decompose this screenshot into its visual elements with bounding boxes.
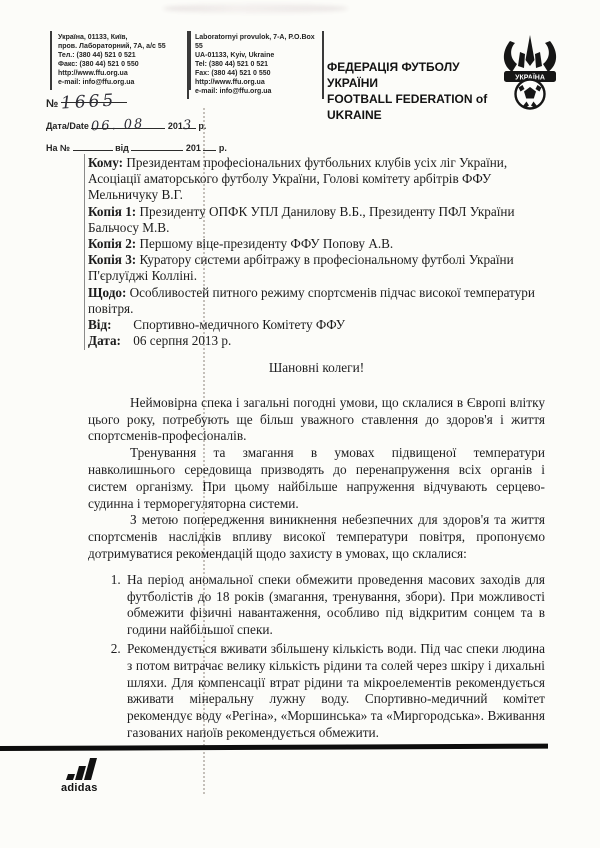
meta-label: Від: [88, 317, 130, 333]
year-suffix: р. [198, 121, 206, 131]
year-blank-line: 3 [183, 118, 196, 129]
list-item: Рекомендується вживати збільшену кількіс… [124, 641, 545, 742]
meta-text: Спортивно-медичного Комітету ФФУ [133, 317, 345, 332]
meta-label: Щодо: [88, 285, 126, 300]
paragraph-2: Тренування та змагання в умовах підвищен… [88, 445, 545, 512]
meta-label: Дата: [88, 333, 130, 349]
scan-edge-bar [0, 744, 548, 751]
meta-row-copy2: Копія 2: Першому віце-президенту ФФУ Поп… [88, 236, 546, 252]
meta-text: Президенту ОПФК УПЛ Данилову В.Б., Прези… [88, 204, 515, 235]
meta-row-copy3: Копія 3: Куратору системи арбітражу в пр… [88, 252, 546, 284]
organization-title-english: FOOTBALL FEDERATION of UKRAINE [327, 91, 513, 123]
meta-row-date: Дата: 06 серпня 2013 р. [88, 333, 546, 349]
meta-label: Копія 3: [88, 252, 136, 267]
reply-date-blank [131, 140, 183, 151]
scanned-letter-page: Україна, 01133, Київ, пров. Лабораторний… [0, 0, 600, 848]
reply-label: На № [46, 143, 70, 153]
recommendations-list: На період аномальної спеки обмежити пров… [88, 572, 545, 742]
document-date-row: Дата/Date 06. 08 2013 р. [46, 118, 227, 131]
organization-title: ФЕДЕРАЦІЯ ФУТБОЛУ УКРАЇНИ FOOTBALL FEDER… [327, 59, 513, 123]
meta-label: Копія 1: [88, 204, 136, 219]
reply-year-suffix: р. [219, 143, 227, 153]
handwritten-date: 06. 08 [91, 117, 145, 135]
salutation: Шановні колеги! [88, 360, 545, 377]
paragraph-1: Неймовірна спека і загальні погодні умов… [88, 395, 545, 445]
meta-text: Куратору системи арбітражу в професіонал… [88, 252, 514, 283]
addressee-block: Кому: Президентам професіональних футбол… [88, 155, 546, 349]
scan-smudge [163, 4, 348, 13]
list-item: На період аномальної спеки обмежити пров… [124, 572, 545, 639]
letter-body: Шановні колеги! Неймовірна спека і загал… [88, 352, 545, 744]
ffu-crest-icon: УКРАЇНА [499, 35, 561, 111]
reference-block: № 1665 Дата/Date 06. 08 2013 р. На № від… [46, 92, 227, 153]
letterhead-address-english: Laboratornyi provulok, 7-A, P.O.Box 55 U… [187, 31, 324, 99]
meta-row-copy1: Копія 1: Президенту ОПФК УПЛ Данилову В.… [88, 204, 546, 236]
meta-text: Особливостей питного режиму спортсменів … [88, 285, 535, 316]
reply-from-label: від [115, 143, 129, 153]
reply-year-blank [203, 140, 216, 151]
handwritten-year-digit: 3 [183, 118, 192, 133]
reply-year-prefix: 201 [186, 143, 201, 153]
document-number-row: № 1665 [46, 92, 227, 110]
meta-text: Першому віце-президенту ФФУ Попову А.В. [139, 236, 393, 251]
meta-text: Президентам професіональних футбольних к… [88, 155, 507, 202]
meta-row-subject: Щодо: Особливостей питного режиму спортс… [88, 285, 546, 317]
meta-label: Кому: [88, 155, 123, 170]
meta-text: 06 серпня 2013 р. [133, 333, 231, 348]
ffu-crest-logo: УКРАЇНА [499, 35, 561, 116]
year-prefix: 201 [168, 121, 183, 131]
reply-number-blank [73, 140, 113, 151]
letterhead-address-ukrainian: Україна, 01133, Київ, пров. Лабораторний… [50, 31, 191, 90]
number-label: № [46, 98, 58, 110]
organization-title-ukrainian: ФЕДЕРАЦІЯ ФУТБОЛУ УКРАЇНИ [327, 59, 513, 91]
number-blank-line: 1665 [61, 92, 127, 103]
meta-label: Копія 2: [88, 236, 136, 251]
paragraph-3: З метою попередження виникнення небезпеч… [88, 512, 545, 562]
margin-scan-line [84, 154, 85, 350]
adidas-wordmark: adidas [61, 782, 98, 794]
meta-row-from: Від: Спортивно-медичного Комітету ФФУ [88, 317, 546, 333]
meta-row-to: Кому: Президентам професіональних футбол… [88, 155, 546, 204]
adidas-icon: adidas [56, 752, 112, 794]
adidas-logo: adidas [56, 752, 112, 799]
reply-reference-row: На № від 201 р. [46, 140, 227, 153]
date-label: Дата/Date [46, 121, 89, 131]
date-blank-line: 06. 08 [91, 118, 165, 129]
handwritten-number: 1665 [61, 91, 117, 114]
